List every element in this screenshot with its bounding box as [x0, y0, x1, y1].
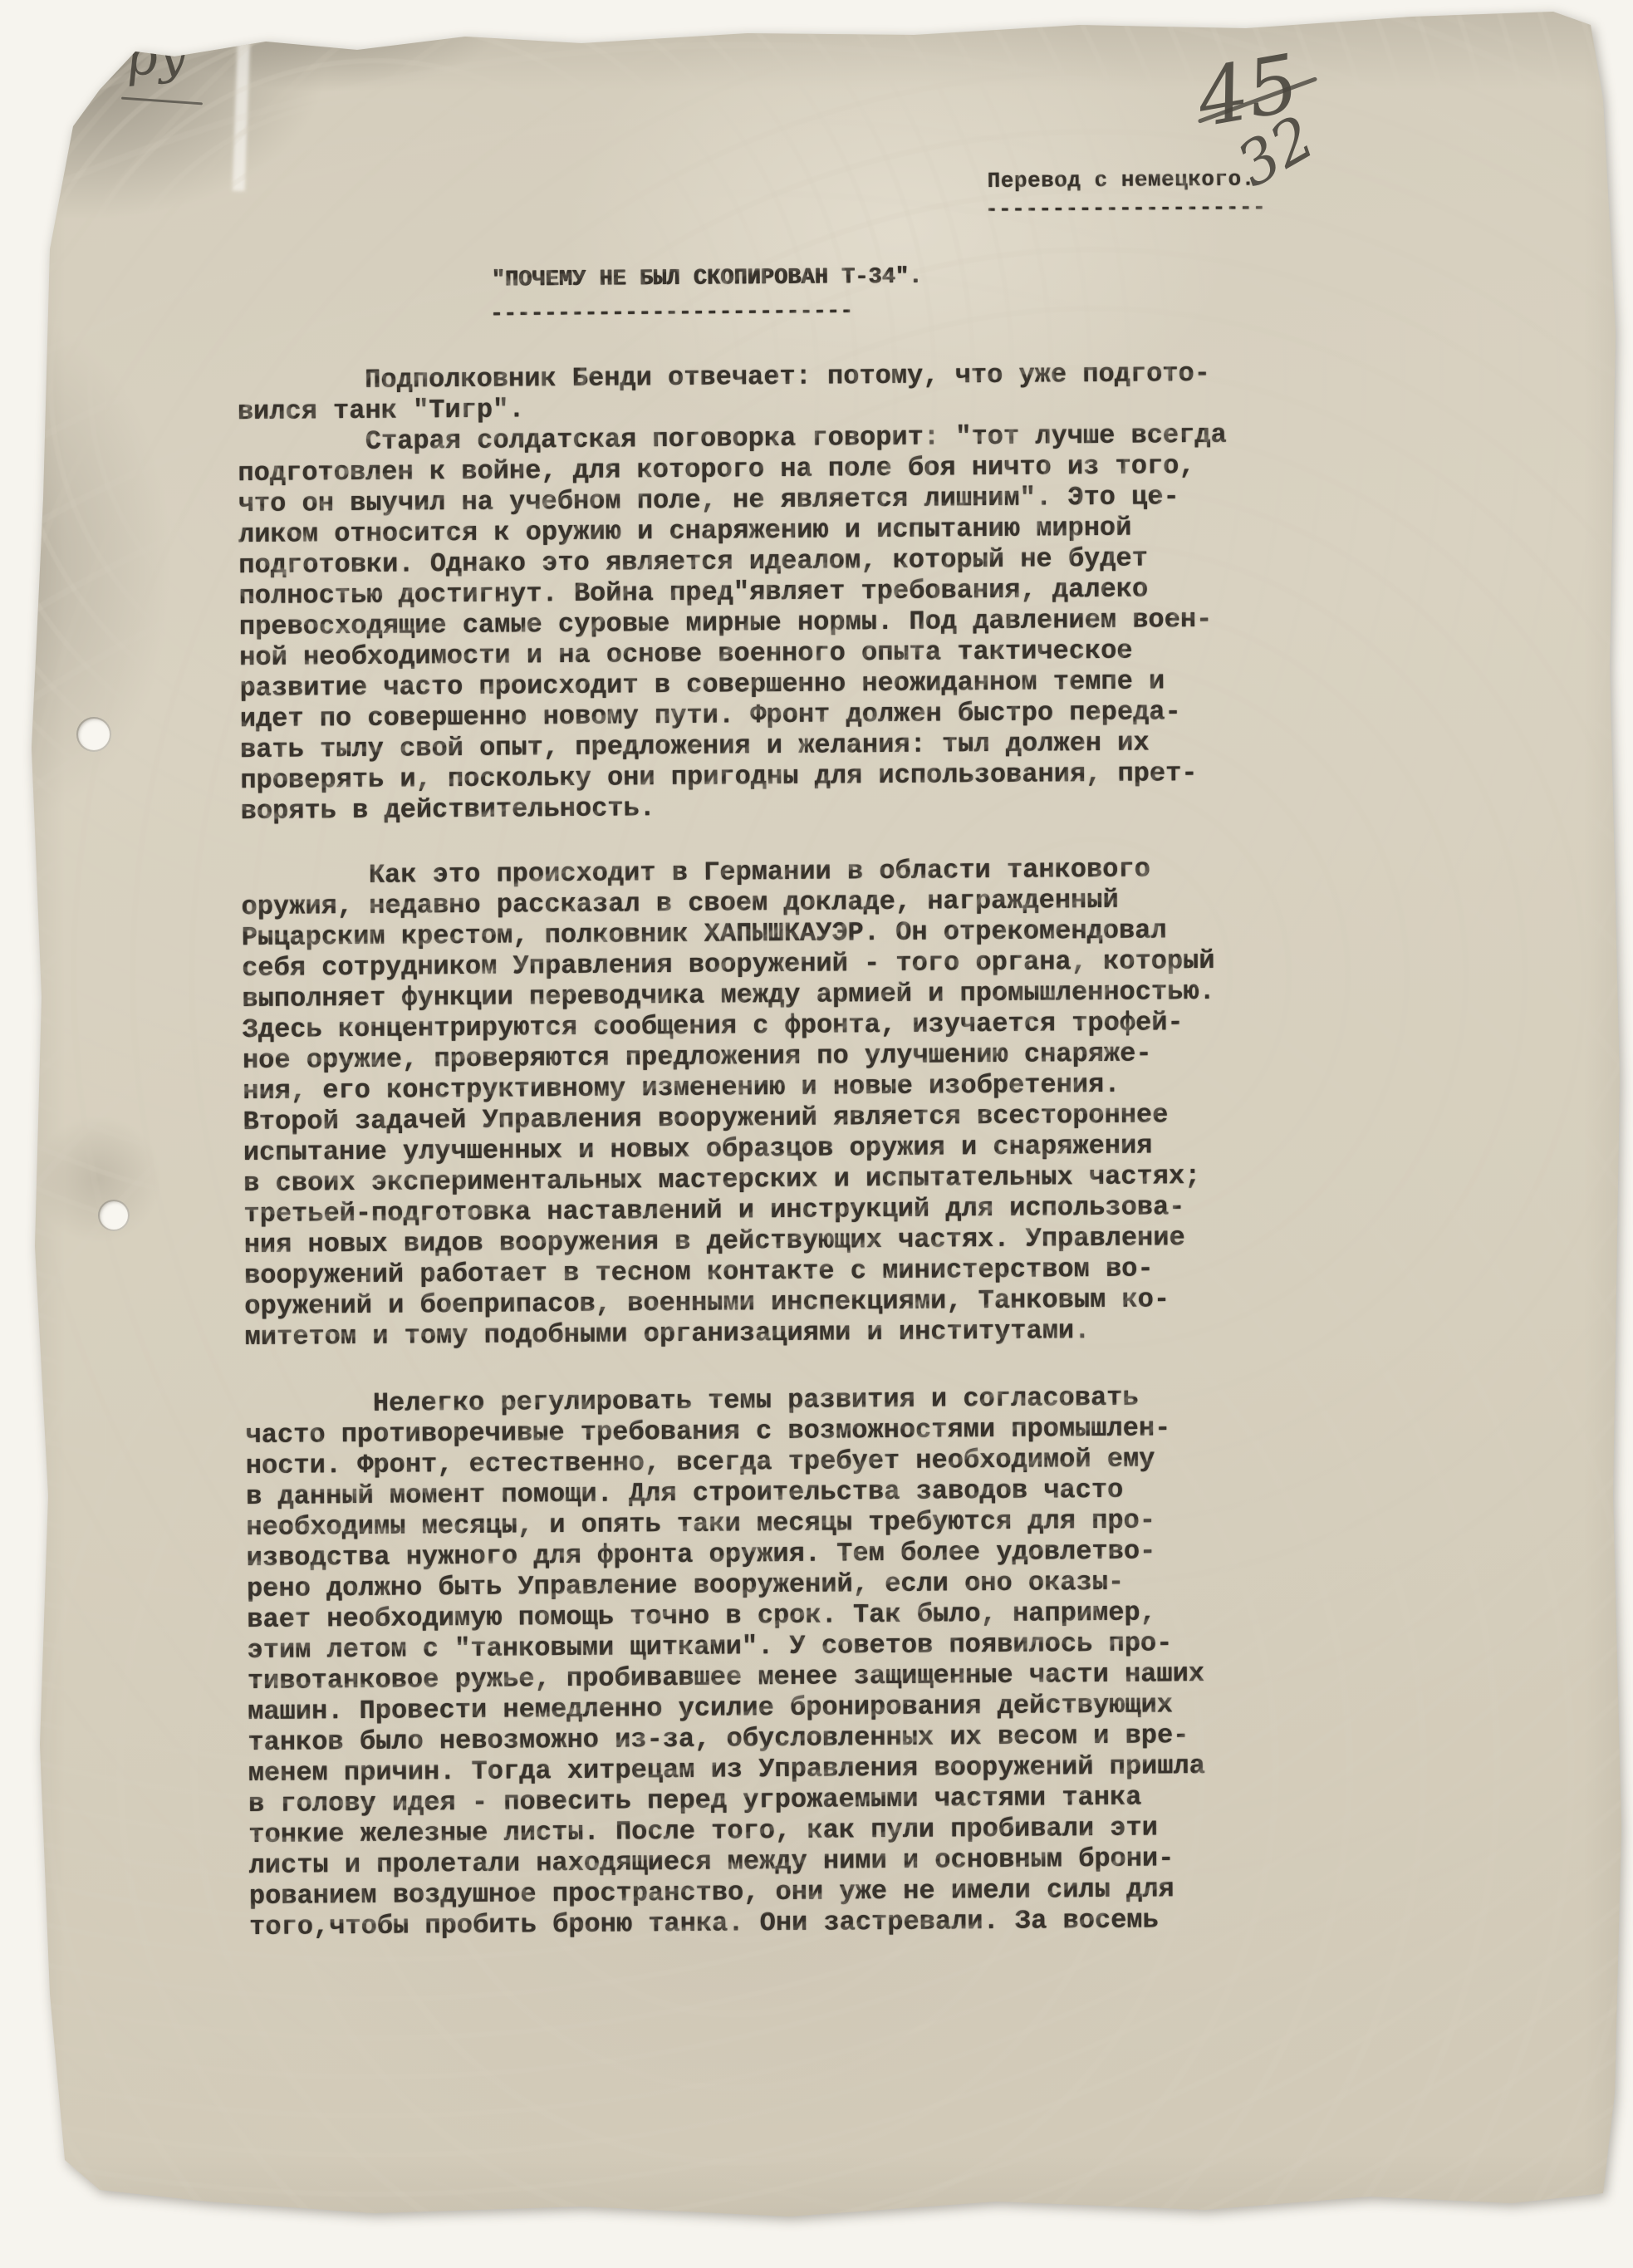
paper-shadow: Перевод с немецкого. -------------------… [0, 0, 1633, 2268]
translation-note-underline: --------------------- [985, 194, 1266, 222]
document-page: Перевод с немецкого. -------------------… [0, 0, 1633, 2268]
paragraph-block-2: Как это происходит в Германии в области … [241, 853, 1218, 1352]
scanned-document: Перевод с немецкого. -------------------… [0, 0, 1633, 2268]
paragraph-block-1: Подполковник Бенди отвечает: потому, что… [237, 358, 1229, 827]
document-title: "ПОЧЕМУ НЕ БЫЛ СКОПИРОВАН Т-34". [492, 265, 923, 293]
translation-note: Перевод с немецкого. [988, 166, 1255, 194]
handwritten-corner-mark: ру [122, 22, 190, 88]
document-title-underline: --------------------------- [490, 299, 854, 326]
punch-hole-bottom [98, 1200, 130, 1231]
paragraph-block-3: Нелегко регулировать темы развития и сог… [245, 1382, 1206, 1942]
typed-text-layer: Перевод с немецкого. -------------------… [0, 0, 1633, 2268]
punch-hole-top [76, 717, 111, 752]
